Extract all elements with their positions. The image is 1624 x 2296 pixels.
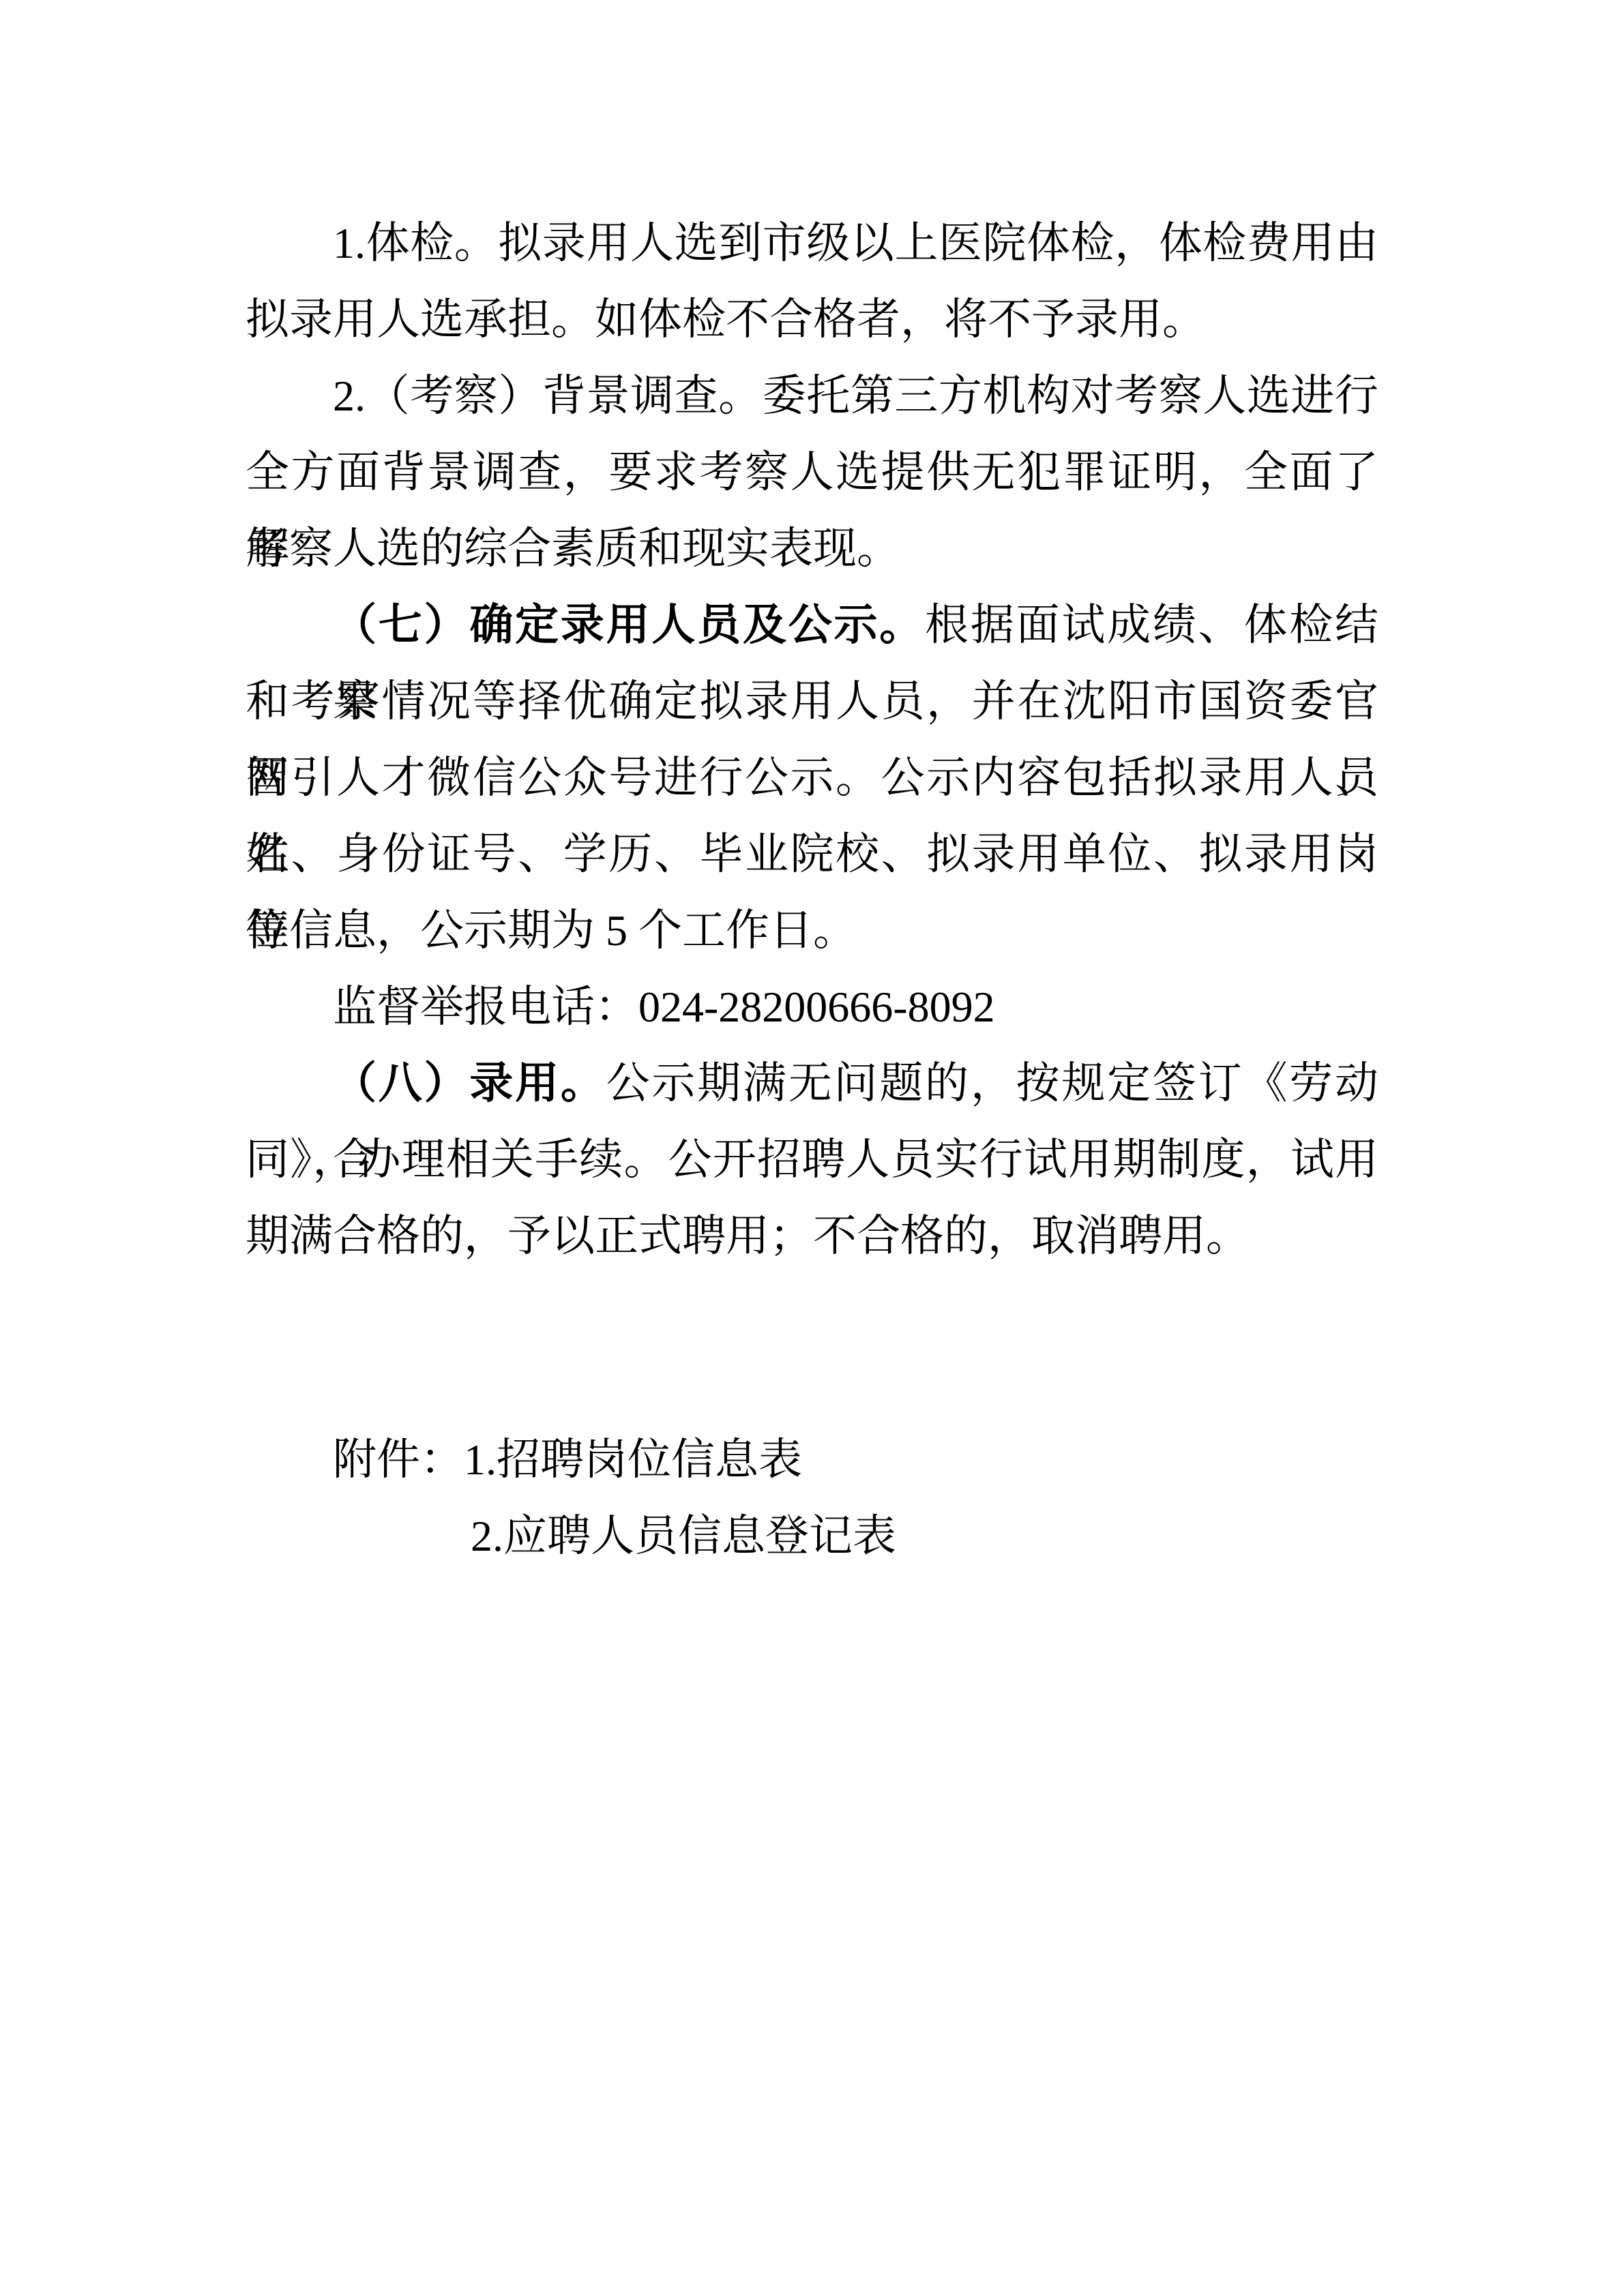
body-line-4: 全方面背景调查，要求考察人选提供无犯罪证明，全面了解 xyxy=(246,434,1378,511)
body-line-5: 考察人选的综合素质和现实表现。 xyxy=(246,511,1378,587)
line-text: 考察人选的综合素质和现实表现。 xyxy=(246,524,900,573)
blank-gap xyxy=(246,1274,1378,1422)
line-text: 2.（考察）背景调查。委托第三方机构对考察人选进行 xyxy=(333,372,1378,420)
attachment-line-2: 2.应聘人员信息登记表 xyxy=(246,1498,1378,1575)
line-text: 拟录用人选承担。如体检不合格者，将不予录用。 xyxy=(246,295,1206,344)
body-line-8: 智引人才微信公众号进行公示。公示内容包括拟录用人员姓 xyxy=(246,740,1378,816)
body-line-3: 2.（考察）背景调查。委托第三方机构对考察人选进行 xyxy=(246,358,1378,434)
line-text: 等信息，公示期为 5 个工作日。 xyxy=(246,906,857,955)
line-text: 同》，办理相关手续。公开招聘人员实行试用期制度，试用 xyxy=(246,1135,1378,1184)
body-line-9: 名、身份证号、学历、毕业院校、拟录用单位、拟录用岗位 xyxy=(246,816,1378,893)
attachment-2-text: 2.应聘人员信息登记表 xyxy=(471,1512,896,1560)
supervision-phone-line: 监督举报电话：024-28200666-8092 xyxy=(333,983,995,1031)
attachment-1-text: 附件：1.招聘岗位信息表 xyxy=(333,1435,802,1484)
document-page: 1.体检。拟录用人选到市级以上医院体检，体检费用由 拟录用人选承担。如体检不合格… xyxy=(0,0,1624,2296)
body-line-11: 监督举报电话：024-28200666-8092 xyxy=(246,969,1378,1045)
document-body: 1.体检。拟录用人选到市级以上医院体检，体检费用由 拟录用人选承担。如体检不合格… xyxy=(246,205,1378,1575)
body-line-12: （八）录用。公示期满无问题的，按规定签订《劳动合 xyxy=(246,1045,1378,1122)
body-line-14: 期满合格的，予以正式聘用；不合格的，取消聘用。 xyxy=(246,1198,1378,1274)
body-line-7: 和考察情况等择优确定拟录用人员，并在沈阳市国资委官网、 xyxy=(246,664,1378,740)
body-line-10: 等信息，公示期为 5 个工作日。 xyxy=(246,893,1378,969)
line-text: 期满合格的，予以正式聘用；不合格的，取消聘用。 xyxy=(246,1212,1250,1260)
line-text: 1.体检。拟录用人选到市级以上医院体检，体检费用由 xyxy=(333,219,1378,267)
body-line-2: 拟录用人选承担。如体检不合格者，将不予录用。 xyxy=(246,282,1378,358)
section-8-heading: （八）录用。 xyxy=(333,1059,606,1107)
section-7-heading: （七）确定录用人员及公示。 xyxy=(333,601,925,649)
attachment-line-1: 附件：1.招聘岗位信息表 xyxy=(246,1422,1378,1498)
body-line-6: （七）确定录用人员及公示。根据面试成绩、体检结果 xyxy=(246,587,1378,664)
body-line-13: 同》，办理相关手续。公开招聘人员实行试用期制度，试用 xyxy=(246,1122,1378,1198)
body-line-1: 1.体检。拟录用人选到市级以上医院体检，体检费用由 xyxy=(246,205,1378,282)
